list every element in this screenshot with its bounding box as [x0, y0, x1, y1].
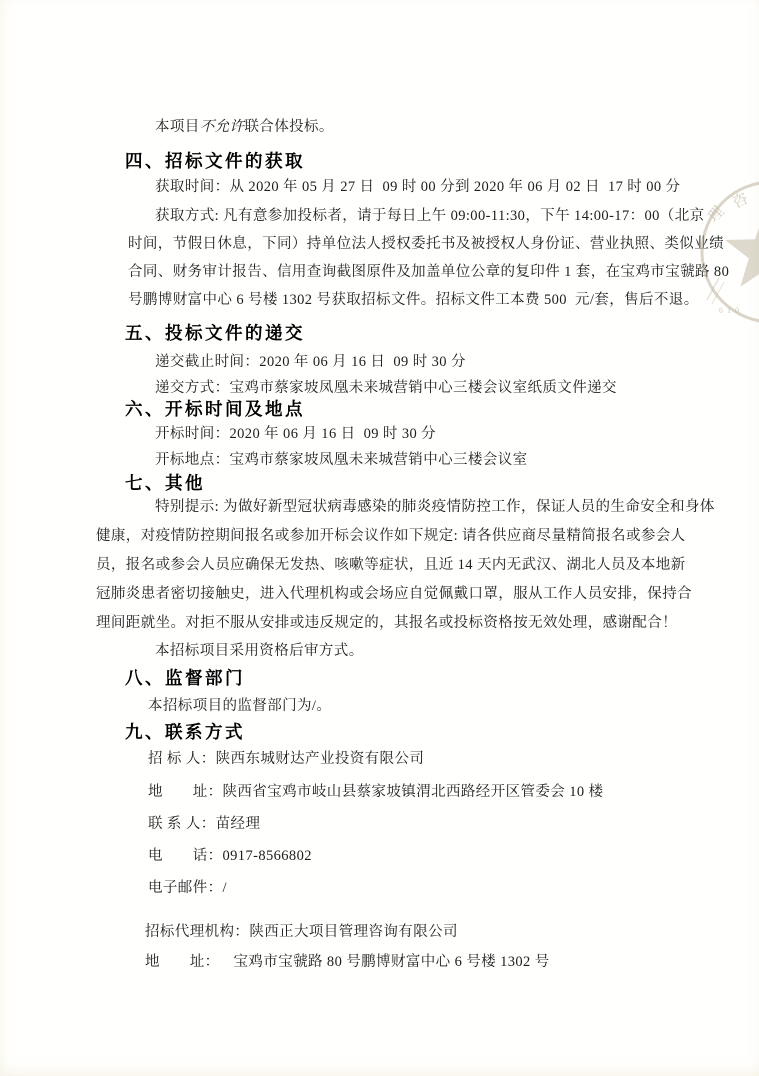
section-4-paragraph-line-4: 号鹏博财富中心 6 号楼 1302 号获取招标文件。招标文件工本费 500 元/… [128, 290, 699, 310]
section-6-open-time: 开标时间：2020 年 06 月 16 日 09 时 30 分 [155, 424, 436, 444]
section-7-heading: 七、其他 [125, 472, 205, 494]
section-5-deadline: 递交截止时间：2020 年 06 月 16 日 09 时 30 分 [155, 352, 466, 372]
seal-star-icon [725, 211, 759, 287]
contact-label-person: 联 系 人： [148, 814, 216, 834]
section-4-heading: 四、招标文件的获取 [125, 150, 305, 172]
intro-emphasis: 不允许 [200, 119, 245, 135]
section-4-paragraph-line-3: 合同、财务审计报告、信用查询截图原件及加盖单位公章的复印件 1 套，在宝鸡市宝虢… [128, 262, 729, 282]
contact-row-person: 联 系 人：苗经理 [148, 814, 260, 834]
contact-row-address: 地 址：陕西省宝鸡市岐山县蔡家坡镇渭北西路经开区管委会 10 楼 [148, 782, 603, 802]
contact-row-email: 电子邮件：/ [148, 878, 227, 898]
document-page: 本项目不允许联合体投标。 四、招标文件的获取 获取时间：从 2020 年 05 … [0, 0, 759, 1076]
section-6-heading: 六、开标时间及地点 [125, 398, 305, 420]
section-8-heading: 八、监督部门 [125, 667, 245, 689]
contact-label-address: 地 址： [148, 782, 223, 802]
agency-address-row: 地 址：宝鸡市宝虢路 80 号鹏博财富中心 6 号楼 1302 号 [145, 952, 550, 972]
seal-stamp: 理 咨 6 1 0 [695, 178, 759, 328]
section-9-heading: 九、联系方式 [125, 721, 245, 743]
contact-value-person: 苗经理 [216, 816, 261, 832]
section-7-notice-line-2: 健康，对疫情防控期间报名或参加开标会议作如下规定: 请各供应商尽量精简报名或参会… [96, 526, 686, 546]
section-7-notice-line-4: 冠肺炎患者密切接触史，进入代理机构或会场应自觉佩戴口罩，服从工作人员安排，保持合 [96, 584, 692, 604]
intro-pre: 本项目 [155, 119, 200, 135]
section-7-notice-line-5: 理间距就坐。对拒不服从安排或违反规定的，其报名或投标资格按无效处理，感谢配合！ [96, 613, 677, 633]
intro-line: 本项目不允许联合体投标。 [155, 117, 334, 137]
intro-post: 联合体投标。 [244, 119, 333, 135]
agency-value: 陕西正大项目管理咨询有限公司 [249, 924, 458, 940]
contact-row-tenderer: 招 标 人：陕西东城财达产业投资有限公司 [148, 749, 424, 769]
contact-value-address: 陕西省宝鸡市岐山县蔡家坡镇渭北西路经开区管委会 10 楼 [223, 784, 604, 800]
contact-value-phone: 0917-8566802 [223, 848, 312, 864]
section-4-obtain-time: 获取时间：从 2020 年 05 月 27 日 09 时 00 分到 2020 … [155, 177, 680, 197]
contact-label-tenderer: 招 标 人： [148, 749, 216, 769]
section-6-open-place: 开标地点：宝鸡市蔡家坡凤凰未来城营销中心三楼会议室 [155, 450, 528, 470]
agency-row: 招标代理机构：陕西正大项目管理咨询有限公司 [145, 922, 458, 942]
contact-label-email: 电子邮件： [148, 878, 223, 898]
agency-address-label: 地 址： [145, 952, 220, 972]
agency-label: 招标代理机构： [145, 922, 249, 942]
agency-address-value: 宝鸡市宝虢路 80 号鹏博财富中心 6 号楼 1302 号 [234, 954, 550, 970]
contact-row-phone: 电 话：0917-8566802 [148, 846, 312, 866]
section-7-notice-line-3: 员，报名或参会人员应确保无发热、咳嗽等症状，且近 14 天内无武汉、湖北人员及本… [96, 555, 686, 575]
contact-value-email: / [223, 880, 227, 896]
seal-serial-number: 6 1 0 [719, 306, 740, 315]
section-5-method: 递交方式：宝鸡市蔡家坡凤凰未来城营销中心三楼会议室纸质文件递交 [155, 378, 617, 398]
section-4-paragraph-line-2: 时间，节假日休息，下同）持单位法人授权委托书及被授权人身份证、营业执照、类似业绩 [128, 234, 724, 254]
section-5-heading: 五、投标文件的递交 [125, 322, 305, 344]
section-7-notice-line-1: 特别提示: 为做好新型冠状病毒感染的肺炎疫情防控工作，保证人员的生命安全和身体 [155, 497, 715, 517]
section-7-qualification-line: 本招标项目采用资格后审方式。 [155, 641, 364, 661]
section-8-supervisor-line: 本招标项目的监督部门为/。 [148, 696, 331, 716]
section-4-paragraph-line-1: 获取方式: 凡有意参加投标者，请于每日上午 09:00-11:30，下午 14:… [155, 206, 705, 226]
contact-label-phone: 电 话： [148, 846, 223, 866]
contact-value-tenderer: 陕西东城财达产业投资有限公司 [216, 751, 425, 767]
